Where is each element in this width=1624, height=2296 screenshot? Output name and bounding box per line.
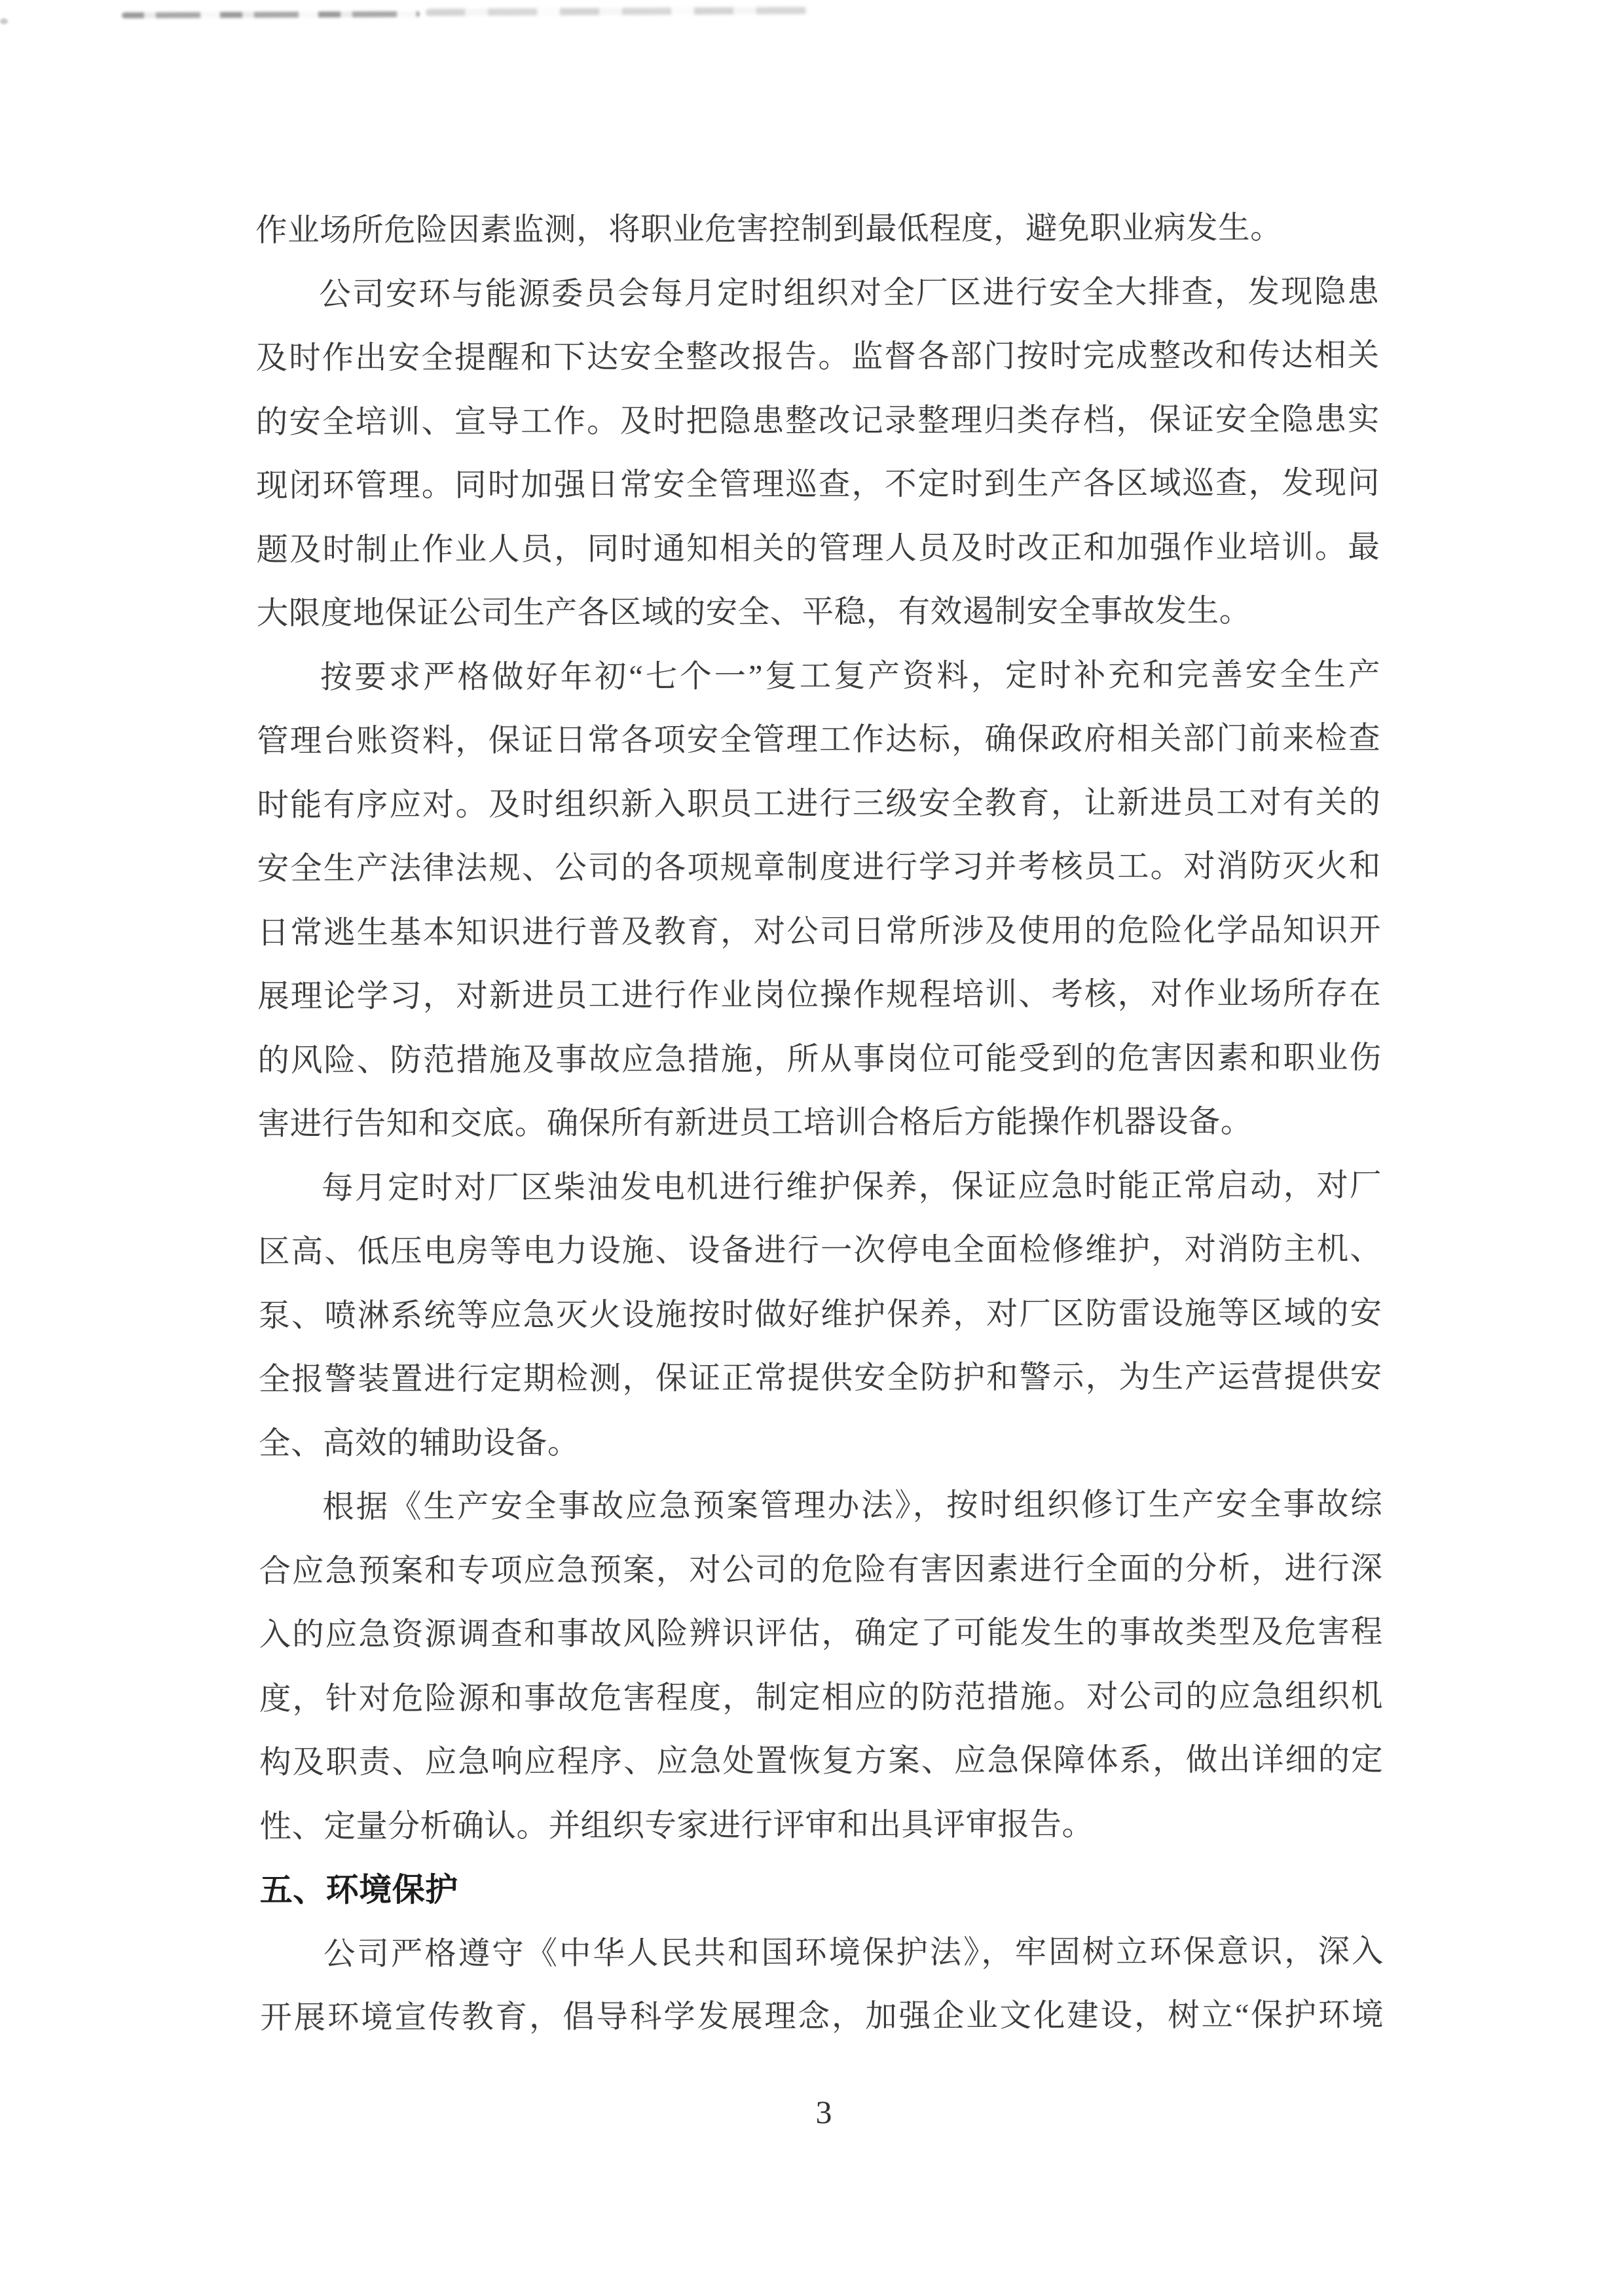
- text-line: 题及时制止作业人员，同时通知相关的管理人员及时改正和加强作业培训。最: [256, 515, 1380, 582]
- section-heading: 五、环境保护: [260, 1855, 1384, 1922]
- text-line: 按要求严格做好年初“七个一”复工复产资料，定时补充和完善安全生产: [257, 643, 1380, 710]
- text-line: 安全生产法律法规、公司的各项规章制度进行学习并考核员工。对消防灭火和: [257, 835, 1381, 902]
- text-line: 度，针对危险源和事故危害程度，制定相应的防范措施。对公司的应急组织机: [259, 1664, 1383, 1731]
- text-line: 及时作出安全提醒和下达安全整改报告。监督各部门按时完成整改和传达相关: [256, 324, 1380, 391]
- page-number: 3: [12, 2092, 1624, 2132]
- text-line: 区高、低压电房等电力设施、设备进行一次停电全面检修维护，对消防主机、: [258, 1218, 1382, 1285]
- text-line: 管理台账资料，保证日常各项安全管理工作达标，确保政府相关部门前来检查: [257, 707, 1380, 774]
- text-line: 构及职责、应急响应程序、应急处置恢复方案、应急保障体系，做出详细的定: [259, 1728, 1383, 1795]
- text-line: 公司安环与能源委员会每月定时组织对全厂区进行安全大排查，发现隐患: [255, 260, 1379, 327]
- scan-artifact-streak: [426, 7, 809, 16]
- document-body: 作业场所危险因素监测，将职业危害控制到最低程度，避免职业病发生。公司安环与能源委…: [255, 196, 1384, 2050]
- text-line: 全报警装置进行定期检测，保证正常提供安全防护和警示，为生产运营提供安: [259, 1345, 1382, 1412]
- document-page: 作业场所危险因素监测，将职业危害控制到最低程度，避免职业病发生。公司安环与能源委…: [0, 0, 1624, 2296]
- text-line: 现闭环管理。同时加强日常安全管理巡查，不定时到生产各区域巡查，发现问: [256, 452, 1380, 519]
- text-line: 公司严格遵守《中华人民共和国环境保护法》，牢固树立环保意识，深入: [260, 1920, 1384, 1986]
- text-line: 的安全培训、宣导工作。及时把隐患整改记录整理归类存档，保证安全隐患实: [256, 388, 1380, 454]
- scan-artifact-speck: [0, 18, 8, 24]
- scan-artifact-streak: [122, 11, 420, 18]
- text-line: 的风险、防范措施及事故应急措施，所从事岗位可能受到的危害因素和职业伤: [257, 1026, 1381, 1093]
- text-line: 泵、喷淋系统等应急灭火设施按时做好维护保养，对厂区防雷设施等区域的安: [258, 1281, 1382, 1348]
- text-line: 合应急预案和专项应急预案，对公司的危险有害因素进行全面的分析，进行深: [259, 1537, 1382, 1603]
- text-line: 每月定时对厂区柴油发电机进行维护保养，保证应急时能正常启动，对厂: [258, 1154, 1382, 1220]
- text-line: 展理论学习，对新进员工进行作业岗位操作规程培训、考核，对作业场所存在: [257, 962, 1381, 1029]
- text-line: 开展环境宣传教育，倡导科学发展理念，加强企业文化建设，树立“保护环境: [260, 1983, 1384, 2050]
- text-line: 日常逃生基本知识进行普及教育，对公司日常所涉及使用的危险化学品知识开: [257, 898, 1381, 965]
- text-line: 入的应急资源调查和事故风险辨识评估，确定了可能发生的事故类型及危害程: [259, 1601, 1383, 1667]
- text-line: 作业场所危险因素监测，将职业危害控制到最低程度，避免职业病发生。: [255, 196, 1379, 263]
- text-line: 性、定量分析确认。并组织专家进行评审和出具评审报告。: [259, 1792, 1383, 1859]
- text-line: 根据《生产安全事故应急预案管理办法》，按时组织修订生产安全事故综: [259, 1473, 1382, 1540]
- text-line: 害进行告知和交底。确保所有新进员工培训合格后方能操作机器设备。: [258, 1090, 1382, 1157]
- text-line: 全、高效的辅助设备。: [259, 1409, 1382, 1476]
- text-line: 时能有序应对。及时组织新入职员工进行三级安全教育，让新进员工对有关的: [257, 771, 1380, 837]
- text-line: 大限度地保证公司生产各区域的安全、平稳，有效遏制安全事故发生。: [257, 579, 1380, 646]
